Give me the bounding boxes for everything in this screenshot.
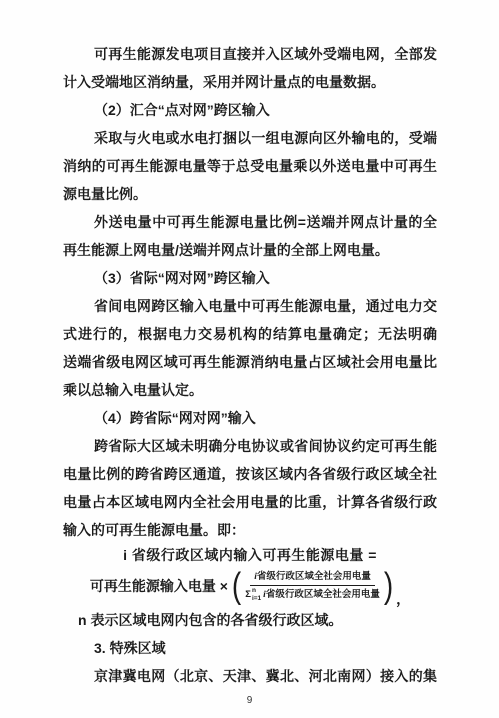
- sigma-lower-limit: i=1: [252, 595, 261, 602]
- paragraph-line: 再生能源上网电量/送端并网点计量的全部上网电量。: [63, 236, 437, 264]
- paragraph-line: 输入的可再生能源电量。即：: [63, 516, 437, 544]
- formula-equation-lhs: i 省级行政区域内输入可再生能源电量 =: [63, 544, 437, 566]
- paragraph-first-line: 外送电量中可再生能源电量比例=送端并网点计量的全部可: [63, 208, 437, 236]
- formula-equation-rhs: 可再生能源输入电量 × ( i省级行政区域全社会用电量 Σni=1i省级行政区域…: [63, 566, 437, 606]
- page-body-text: 可再生能源发电项目直接并入区域外受端电网，全部发电量 计入受端地区消纳量，采用并…: [63, 40, 437, 690]
- fraction-denominator: Σni=1i省级行政区域全社会用电量: [243, 586, 382, 601]
- paragraph-first-line: 京津冀电网（北京、天津、冀北、河北南网）接入的集中式: [63, 662, 437, 690]
- paragraph-first-line: 可再生能源发电项目直接并入区域外受端电网，全部发电量: [63, 40, 437, 68]
- paragraph-first-line: 采取与火电或水电打捆以一组电源向区外输电的，受端电网: [63, 124, 437, 152]
- fraction-numerator: i省级行政区域全社会用电量: [250, 570, 375, 586]
- formula-multiplicand: 可再生能源输入电量 ×: [90, 576, 228, 596]
- paragraph-line: 乘以总输入电量认定。: [63, 376, 437, 404]
- section-heading-3-special-regions: 3. 特殊区域: [63, 634, 437, 662]
- paragraph-line: 送端省级电网区域可再生能源消纳电量占区域社会用电量比例，: [63, 348, 437, 376]
- sigma-upper-limit: n: [252, 587, 256, 594]
- paragraph-first-line: 省间电网跨区输入电量中可再生能源电量，通过电力交易方: [63, 292, 437, 320]
- paragraph-line: 电量占本区域电网内全社会用电量的比重，计算各省级行政区域: [63, 488, 437, 516]
- formula-trailing-comma: ，: [396, 592, 410, 606]
- sigma-symbol: Σ: [245, 588, 251, 602]
- numerator-text: 省级行政区域全社会用电量: [257, 571, 371, 582]
- formula-fraction: i省级行政区域全社会用电量 Σni=1i省级行政区域全社会用电量: [243, 570, 382, 602]
- formula-note-line: n 表示区域电网内包含的各省级行政区域。: [63, 606, 437, 634]
- paragraph-first-line: 跨省际大区域未明确分电协议或省间协议约定可再生能源: [63, 432, 437, 460]
- subsection-heading-2: （2）汇合“点对网”跨区输入: [63, 96, 437, 124]
- paragraph-line: 电量比例的跨省跨区通道，按该区域内各省级行政区域全社会用: [63, 460, 437, 488]
- document-page: 可再生能源发电项目直接并入区域外受端电网，全部发电量 计入受端地区消纳量，采用并…: [0, 0, 499, 718]
- paragraph-line: 消纳的可再生能源电量等于总受电量乘以外送电量中可再生能: [63, 152, 437, 180]
- paragraph-line: 计入受端地区消纳量，采用并网计量点的电量数据。: [63, 68, 437, 96]
- formula-open-paren: (: [232, 568, 241, 604]
- denominator-text: 省级行政区域全社会用电量: [266, 588, 380, 602]
- page-number: 9: [0, 695, 499, 706]
- paragraph-line: 式进行的，根据电力交易机构的结算电量确定；无法明确的，按: [63, 320, 437, 348]
- formula-close-paren: ): [384, 568, 393, 604]
- subsection-heading-3: （3）省际“网对网”跨区输入: [63, 264, 437, 292]
- paragraph-line: 源电量比例。: [63, 180, 437, 208]
- subsection-heading-4: （4）跨省际“网对网”输入: [63, 404, 437, 432]
